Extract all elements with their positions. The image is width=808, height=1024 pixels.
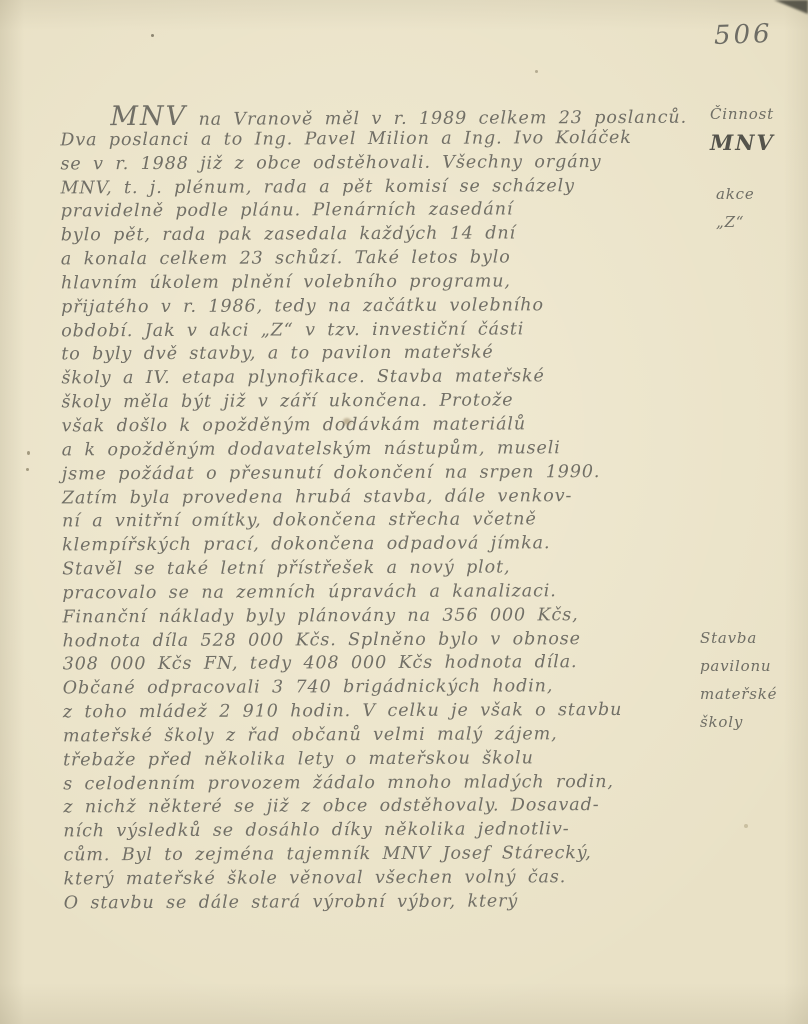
manuscript-line: klempířských prací, dokončena odpadová j…	[62, 532, 702, 559]
margin-note-line: MNV	[710, 128, 808, 158]
manuscript-line: MNV na Vranově měl v r. 1989 celkem 23 p…	[60, 103, 700, 130]
manuscript-line: Dva poslanci a to Ing. Pavel Milion a In…	[60, 126, 700, 153]
paper-speck	[26, 468, 29, 471]
manuscript-line: hodnota díla 528 000 Kčs. Splněno bylo v…	[63, 627, 703, 654]
manuscript-line: však došlo k opožděným dodávkám materiál…	[62, 413, 702, 440]
manuscript-line: z toho mládež 2 910 hodin. V celku je vš…	[63, 699, 703, 726]
chronicle-page: 506 MNV na Vranově měl v r. 1989 celkem …	[0, 0, 808, 1024]
margin-note-akce-z: akce „Z“	[716, 180, 808, 236]
manuscript-line: školy měla být již v září ukončena. Prot…	[61, 389, 701, 416]
manuscript-line: pravidelně podle plánu. Plenárních zased…	[61, 198, 701, 225]
manuscript-line: to byly dvě stavby, a to pavilon mateřsk…	[61, 341, 701, 368]
margin-note-line: mateřské	[700, 680, 808, 708]
margin-note-cinnost-mnv: Činnost MNV	[710, 100, 808, 158]
manuscript-line: Občané odpracovali 3 740 brigádnických h…	[63, 675, 703, 702]
manuscript-line: Zatím byla provedena hrubá stavba, dále …	[62, 484, 702, 511]
margin-note-line: Stavba	[700, 624, 808, 652]
manuscript-line: který mateřské škole věnoval všechen vol…	[64, 866, 704, 893]
manuscript-lines: Dva poslanci a to Ing. Pavel Milion a In…	[60, 126, 703, 916]
margin-note-line: „Z“	[716, 208, 808, 236]
margin-note-line: školy	[700, 708, 808, 736]
manuscript-line: přijatého v r. 1986, tedy na začátku vol…	[61, 293, 701, 320]
margin-note-line: pavilonu	[700, 652, 808, 680]
manuscript-line: mateřské školy z řad občanů velmi malý z…	[63, 723, 703, 750]
paper-speck	[27, 451, 30, 455]
manuscript-line: ních výsledků se dosáhlo díky několika j…	[63, 818, 703, 845]
paper-speck	[151, 34, 154, 37]
opening-abbreviation-mnv: MNV	[110, 101, 187, 132]
paper-speck	[535, 70, 538, 73]
paper-smudge	[343, 418, 351, 425]
manuscript-line: z nichž některé se již z obce odstěhoval…	[63, 794, 703, 821]
page-number: 506	[713, 19, 773, 51]
manuscript-line: jsme požádat o přesunutí dokončení na sr…	[62, 460, 702, 487]
margin-note-line: Činnost	[710, 100, 808, 128]
manuscript-line: Stavěl se také letní přístřešek a nový p…	[62, 556, 702, 583]
manuscript-line: Finanční náklady byly plánovány na 356 0…	[62, 603, 702, 630]
manuscript-line: a konala celkem 23 schůzí. Také letos by…	[61, 246, 701, 273]
manuscript-line: pracovalo se na zemních úpravách a kanal…	[62, 579, 702, 606]
manuscript-line: školy a IV. etapa plynofikace. Stavba ma…	[61, 365, 701, 392]
margin-note-line: akce	[716, 180, 808, 208]
manuscript-line: třebaže před několika lety o mateřskou š…	[63, 746, 703, 773]
manuscript-line: období. Jak v akci „Z“ v tzv. investiční…	[61, 317, 701, 344]
manuscript-line: bylo pět, rada pak zasedala každých 14 d…	[61, 222, 701, 249]
manuscript-line: se v r. 1988 již z obce odstěhovali. Vše…	[60, 150, 700, 177]
manuscript-line: a k opožděným dodavatelským nástupům, mu…	[62, 436, 702, 463]
page-corner-shadow	[774, 0, 808, 14]
margin-note-stavba-pavilonu: Stavba pavilonu mateřské školy	[700, 624, 808, 736]
manuscript-line: 308 000 Kčs FN, tedy 408 000 Kčs hodnota…	[63, 651, 703, 678]
manuscript-line: cům. Byl to zejména tajemník MNV Josef S…	[63, 842, 703, 869]
manuscript-line: s celodenním provozem žádalo mnoho mladý…	[63, 770, 703, 797]
manuscript-line: hlavním úkolem plnění volebního programu…	[61, 270, 701, 297]
manuscript-line: MNV, t. j. plénum, rada a pět komisí se …	[61, 174, 701, 201]
manuscript-body: MNV na Vranově měl v r. 1989 celkem 23 p…	[60, 103, 704, 916]
paper-speck	[744, 824, 748, 828]
manuscript-line: ní a vnitřní omítky, dokončena střecha v…	[62, 508, 702, 535]
manuscript-line: O stavbu se dále stará výrobní výbor, kt…	[64, 889, 704, 916]
